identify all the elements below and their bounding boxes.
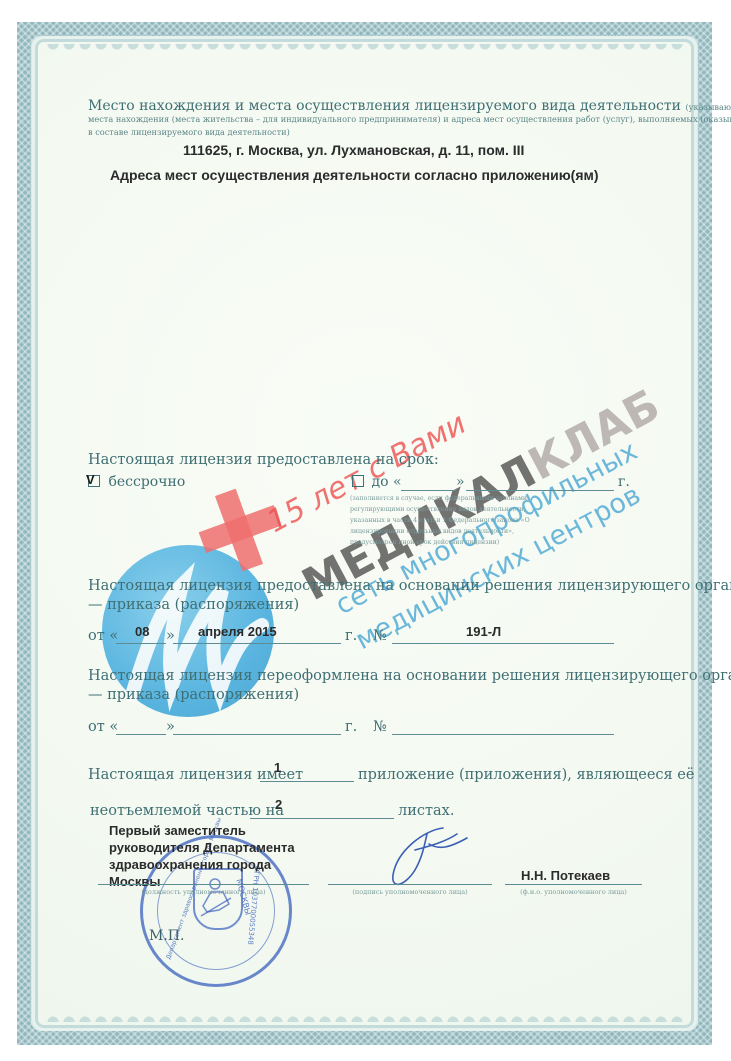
term-indefinite-option[interactable]: V бессрочно [88, 474, 185, 490]
reissue-from-prefix: от « [88, 719, 118, 735]
basis-number-line [392, 643, 614, 644]
basis-day-line [116, 643, 166, 644]
location-note-2: места нахождения (места жительства – для… [88, 114, 731, 124]
location-heading-text: Место нахождения и места осуществления л… [88, 98, 681, 114]
basis-year-suffix: г. [345, 628, 357, 644]
until-day-line [401, 490, 456, 491]
signature-caption: (подпись уполномоченного лица) [328, 888, 492, 896]
appendix-sheets-line [250, 818, 394, 819]
basis-label-2: — приказа (распоряжения) [88, 597, 299, 613]
checkmark-icon: V [86, 472, 95, 487]
top-border-ornament [45, 44, 685, 54]
addresses-note: Адреса мест осуществления деятельности с… [110, 167, 599, 183]
basis-number: 191-Л [466, 624, 501, 639]
signer-position-line-2: руководителя Департамента [109, 839, 295, 856]
position-line [98, 884, 309, 885]
position-caption: (должность уполномоченного лица) [98, 888, 309, 896]
signer-position-line-1: Первый заместитель [109, 822, 295, 839]
reissue-month-line [173, 734, 341, 735]
reissue-day-close: » [166, 719, 175, 735]
appendix-sheets-suffix: листах. [398, 803, 454, 819]
until-year-suffix: г. [618, 474, 630, 490]
location-heading: Место нахождения и места осуществления л… [88, 98, 731, 114]
until-day-close: » [456, 474, 465, 490]
indefinite-label: бессрочно [108, 474, 185, 490]
seal-label: М.П. [149, 928, 184, 944]
appendix-sheets: 2 [275, 797, 282, 812]
address-value: 111625, г. Москва, ул. Лухмановская, д. … [183, 142, 524, 158]
bottom-border-ornament [45, 1012, 685, 1022]
until-prefix: до « [371, 474, 401, 490]
indefinite-checkbox[interactable]: V [88, 475, 100, 487]
reissue-year-suffix: г. [345, 719, 357, 735]
signer-name: Н.Н. Потекаев [521, 868, 610, 883]
basis-label-1: Настоящая лицензия предоставлена на осно… [88, 578, 731, 594]
reissue-number-line [392, 734, 614, 735]
reissue-label-2: — приказа (распоряжения) [88, 687, 299, 703]
appendix-sheets-prefix: неотъемлемой частью на [90, 803, 284, 819]
basis-month-year: апреля 2015 [198, 624, 277, 639]
name-caption: (ф.и.о. уполномоченного лица) [505, 888, 642, 896]
appendix-count: 1 [274, 760, 281, 775]
basis-day-close: » [166, 628, 175, 644]
until-note: (заполняется в случае, если федеральными… [350, 493, 540, 548]
name-line [505, 884, 642, 885]
location-note-3: в составе лицензируемого вида деятельнос… [88, 127, 290, 137]
reissue-number-label: № [373, 719, 387, 735]
appendix-suffix: приложение (приложения), являющееся её [358, 767, 694, 783]
basis-month-line [173, 643, 341, 644]
term-label: Настоящая лицензия предоставлена на срок… [88, 452, 439, 468]
until-date-line [466, 490, 614, 491]
reissue-label-1: Настоящая лицензия переоформлена на осно… [88, 668, 731, 684]
basis-from-prefix: от « [88, 628, 118, 644]
basis-day: 08 [135, 624, 149, 639]
signer-position: Первый заместитель руководителя Департам… [109, 822, 295, 890]
signature-line [328, 884, 492, 885]
until-checkbox[interactable] [352, 475, 364, 487]
basis-number-label: № [373, 628, 387, 644]
reissue-day-line [116, 734, 166, 735]
signer-position-line-3: здравоохранения города [109, 856, 295, 873]
term-until-option[interactable]: до « [352, 474, 402, 490]
appendix-count-line [260, 781, 354, 782]
location-note-1: (указываются адрес [685, 102, 731, 112]
